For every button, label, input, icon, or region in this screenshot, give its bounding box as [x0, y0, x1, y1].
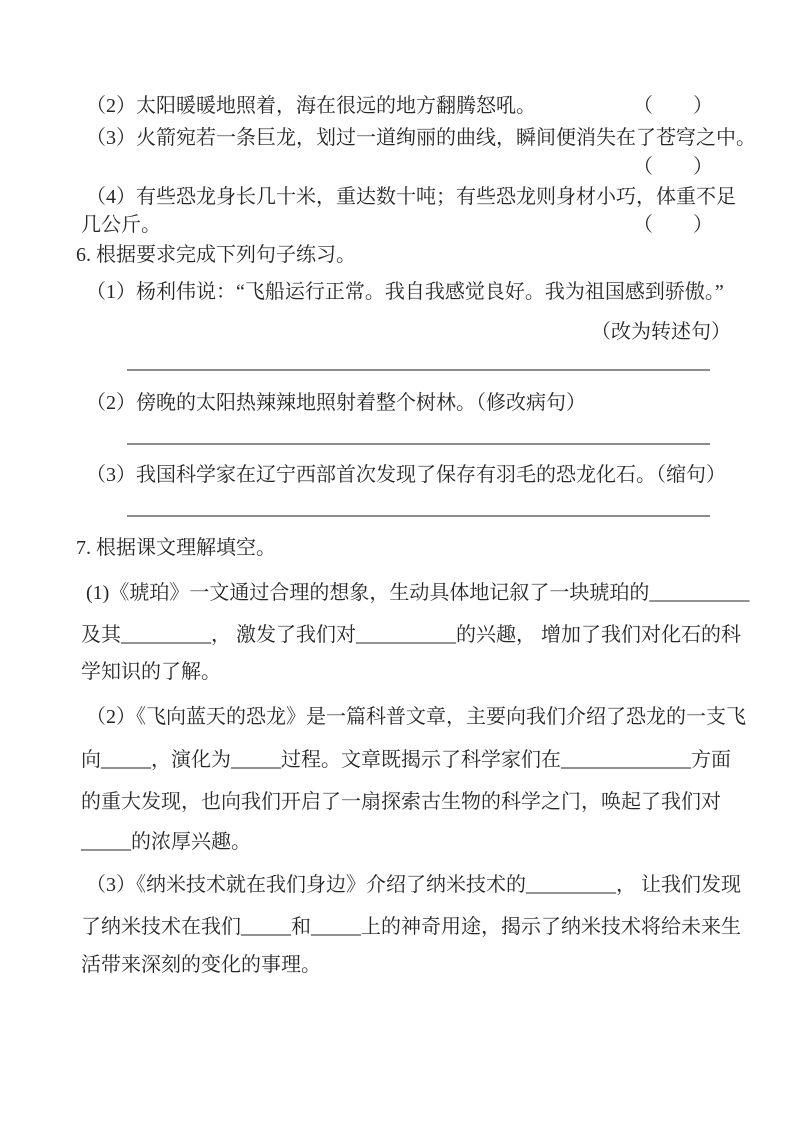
item-5-2-judgment-parens: （ ）: [633, 92, 713, 120]
item-7-1: (1)《琥珀》一文通过合理的想象，生动具体地记叙了一块琥珀的__________: [62, 579, 733, 607]
item-7-2-cont-2: 的重大发现，也向我们开启了一扇探索古生物的科学之门，唤起了我们对: [62, 788, 733, 816]
item-6-1-instruction-text: （改为转述句）: [591, 318, 731, 346]
item-7-1-cont-1-text: 及其_________， 激发了我们对__________的兴趣， 增加了我们对…: [81, 621, 741, 649]
item-6-2: （2）傍晚的太阳热辣辣地照射着整个树林。（修改病句）: [62, 389, 733, 417]
item-7-1-cont-1: 及其_________， 激发了我们对__________的兴趣， 增加了我们对…: [62, 621, 733, 649]
item-7-3-cont-2-text: 活带来深刻的变化的事理。: [81, 951, 321, 979]
item-5-3-text: （3）火箭宛若一条巨龙，划过一道绚丽的曲线，瞬间便消失在了苍穹之中。: [86, 124, 756, 152]
item-7-1-text: (1)《琥珀》一文通过合理的想象，生动具体地记叙了一块琥珀的__________: [86, 579, 749, 607]
item-7-1-cont-2: 学知识的了解。: [62, 658, 733, 686]
item-5-2: （2）太阳暖暖地照着，海在很远的地方翻腾怒吼。（ ）: [62, 92, 733, 120]
item-5-4-cont-text: 几公斤。: [81, 211, 161, 239]
question-7-title: 7. 根据课文理解填空。: [62, 534, 733, 562]
item-7-3: （3）《纳米技术就在我们身边》介绍了纳米技术的_________， 让我们发现: [62, 871, 733, 899]
item-6-3-text: （3）我国科学家在辽宁西部首次发现了保存有羽毛的恐龙化石。（缩句）: [86, 461, 726, 489]
item-5-4-text: （4）有些恐龙身长几十米，重达数十吨；有些恐龙则身材小巧，体重不足: [86, 183, 736, 211]
item-5-4-cont-judgment-parens: （ ）: [633, 211, 713, 239]
item-5-2-text: （2）太阳暖暖地照着，海在很远的地方翻腾怒吼。: [86, 92, 536, 120]
item-7-2-cont-3: _____的浓厚兴趣。: [62, 828, 733, 856]
question-7-title-text: 7. 根据课文理解填空。: [76, 534, 276, 562]
item-6-2-answer-line: [127, 419, 710, 445]
item-7-3-cont-2: 活带来深刻的变化的事理。: [62, 951, 733, 979]
item-7-2-text: （2）《飞向蓝天的恐龙》是一篇科普文章，主要向我们介绍了恐龙的一支飞: [86, 703, 746, 731]
item-7-1-cont-2-text: 学知识的了解。: [81, 658, 221, 686]
item-7-2-cont-3-text: _____的浓厚兴趣。: [81, 828, 251, 856]
worksheet-content: （2）太阳暖暖地照着，海在很远的地方翻腾怒吼。（ ）（3）火箭宛若一条巨龙，划过…: [62, 0, 733, 1122]
item-5-4-cont: 几公斤。（ ）: [62, 211, 733, 239]
item-6-3: （3）我国科学家在辽宁西部首次发现了保存有羽毛的恐龙化石。（缩句）: [62, 461, 733, 489]
item-7-3-cont-1-text: 了纳米技术在我们_____和_____上的神奇用途，揭示了纳米技术将给未来生: [81, 913, 741, 941]
worksheet-page: （2）太阳暖暖地照着，海在很远的地方翻腾怒吼。（ ）（3）火箭宛若一条巨龙，划过…: [0, 0, 793, 1122]
item-6-1-text: （1）杨利伟说：“飞船运行正常。我自我感觉良好。我为祖国感到骄傲。”: [86, 278, 724, 306]
item-7-3-text: （3）《纳米技术就在我们身边》介绍了纳米技术的_________， 让我们发现: [86, 871, 741, 899]
item-6-3-answer-line: [127, 491, 710, 517]
item-6-2-text: （2）傍晚的太阳热辣辣地照射着整个树林。（修改病句）: [86, 389, 586, 417]
item-5-3-answer-parens-text: （ ）: [633, 153, 713, 181]
question-6-title-text: 6. 根据要求完成下列句子练习。: [76, 241, 356, 269]
item-7-3-cont-1: 了纳米技术在我们_____和_____上的神奇用途，揭示了纳米技术将给未来生: [62, 913, 733, 941]
item-5-3-answer-parens: （ ）: [62, 153, 733, 181]
item-7-2-cont-2-text: 的重大发现，也向我们开启了一扇探索古生物的科学之门，唤起了我们对: [81, 788, 721, 816]
item-7-2: （2）《飞向蓝天的恐龙》是一篇科普文章，主要向我们介绍了恐龙的一支飞: [62, 703, 733, 731]
item-7-2-cont-1: 向_____，演化为_____过程。文章既揭示了科学家们在___________…: [62, 746, 733, 774]
item-5-4: （4）有些恐龙身长几十米，重达数十吨；有些恐龙则身材小巧，体重不足: [62, 183, 733, 211]
item-7-2-cont-1-text: 向_____，演化为_____过程。文章既揭示了科学家们在___________…: [81, 746, 731, 774]
item-6-1-answer-line: [127, 345, 710, 371]
item-5-3: （3）火箭宛若一条巨龙，划过一道绚丽的曲线，瞬间便消失在了苍穹之中。: [62, 124, 733, 152]
item-6-1-instruction: （改为转述句）: [62, 318, 733, 346]
question-6-title: 6. 根据要求完成下列句子练习。: [62, 241, 733, 269]
item-6-1: （1）杨利伟说：“飞船运行正常。我自我感觉良好。我为祖国感到骄傲。”: [62, 278, 733, 306]
